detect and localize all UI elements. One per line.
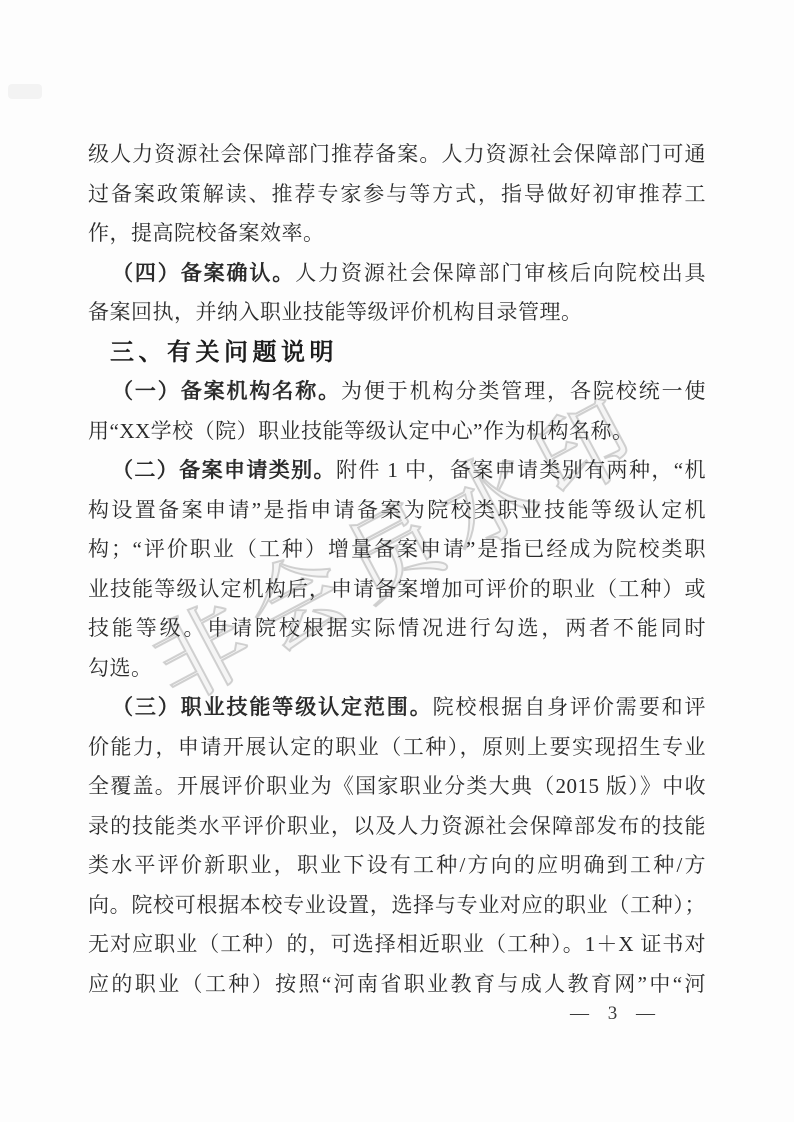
text-line: （四）备案确认。人力资源社会保障部门审核后向院校出具 [88, 254, 706, 294]
text-line: 技能等级。申请院校根据实际情况进行勾选，两者不能同时 [88, 609, 706, 649]
section-heading: 三、有关问题说明 [88, 333, 706, 373]
text-line: 业技能等级认定机构后，申请备案增加可评价的职业（工种）或 [88, 570, 706, 610]
text-line: 构设置备案申请”是指申请备案为院校类职业技能等级认定机 [88, 491, 706, 531]
text-line: 无对应职业（工种）的，可选择相近职业（工种）。1＋X 证书对 [88, 925, 706, 965]
text-line: 过备案政策解读、推荐专家参与等方式，指导做好初审推荐工 [88, 175, 706, 215]
text-line: 级人力资源社会保障部门推荐备案。人力资源社会保障部门可通 [88, 135, 706, 175]
item-label: （三）职业技能等级认定范围。 [112, 695, 433, 719]
text-line: 应的职业（工种）按照“河南省职业教育与成人教育网”中“河 [88, 965, 706, 1005]
document-page: 非会员水印 级人力资源社会保障部门推荐备案。人力资源社会保障部门可通过备案政策解… [0, 0, 794, 1122]
text-line: 作，提高院校备案效率。 [88, 214, 706, 254]
text-line: （三）职业技能等级认定范围。院校根据自身评价需要和评 [88, 688, 706, 728]
item-label: （一）备案机构名称。 [112, 379, 341, 403]
item-label: （二）备案申请类别。 [112, 458, 336, 482]
text-line: （一）备案机构名称。为便于机构分类管理，各院校统一使 [88, 372, 706, 412]
text-line: （二）备案申请类别。附件 1 中，备案申请类别有两种，“机 [88, 451, 706, 491]
item-label: （四）备案确认。 [112, 261, 295, 285]
document-body: 级人力资源社会保障部门推荐备案。人力资源社会保障部门可通过备案政策解读、推荐专家… [88, 135, 706, 1004]
text-line: 全覆盖。开展评价职业为《国家职业分类大典（2015 版）》中收 [88, 767, 706, 807]
page-number: — 3 — [570, 1003, 662, 1025]
text-line: 构；“评价职业（工种）增量备案申请”是指已经成为院校类职 [88, 530, 706, 570]
text-line: 向。院校可根据本校专业设置，选择与专业对应的职业（工种）； [88, 886, 706, 926]
text-line: 录的技能类水平评价职业，以及人力资源社会保障部发布的技能 [88, 807, 706, 847]
scan-smudge-mark [8, 84, 42, 99]
text-line: 备案回执，并纳入职业技能等级评价机构目录管理。 [88, 293, 706, 333]
text-line: 勾选。 [88, 649, 706, 689]
text-line: 类水平评价新职业，职业下设有工种/方向的应明确到工种/方 [88, 846, 706, 886]
text-line: 用“XX学校（院）职业技能等级认定中心”作为机构名称。 [88, 412, 706, 452]
text-line: 价能力，申请开展认定的职业（工种），原则上要实现招生专业 [88, 728, 706, 768]
